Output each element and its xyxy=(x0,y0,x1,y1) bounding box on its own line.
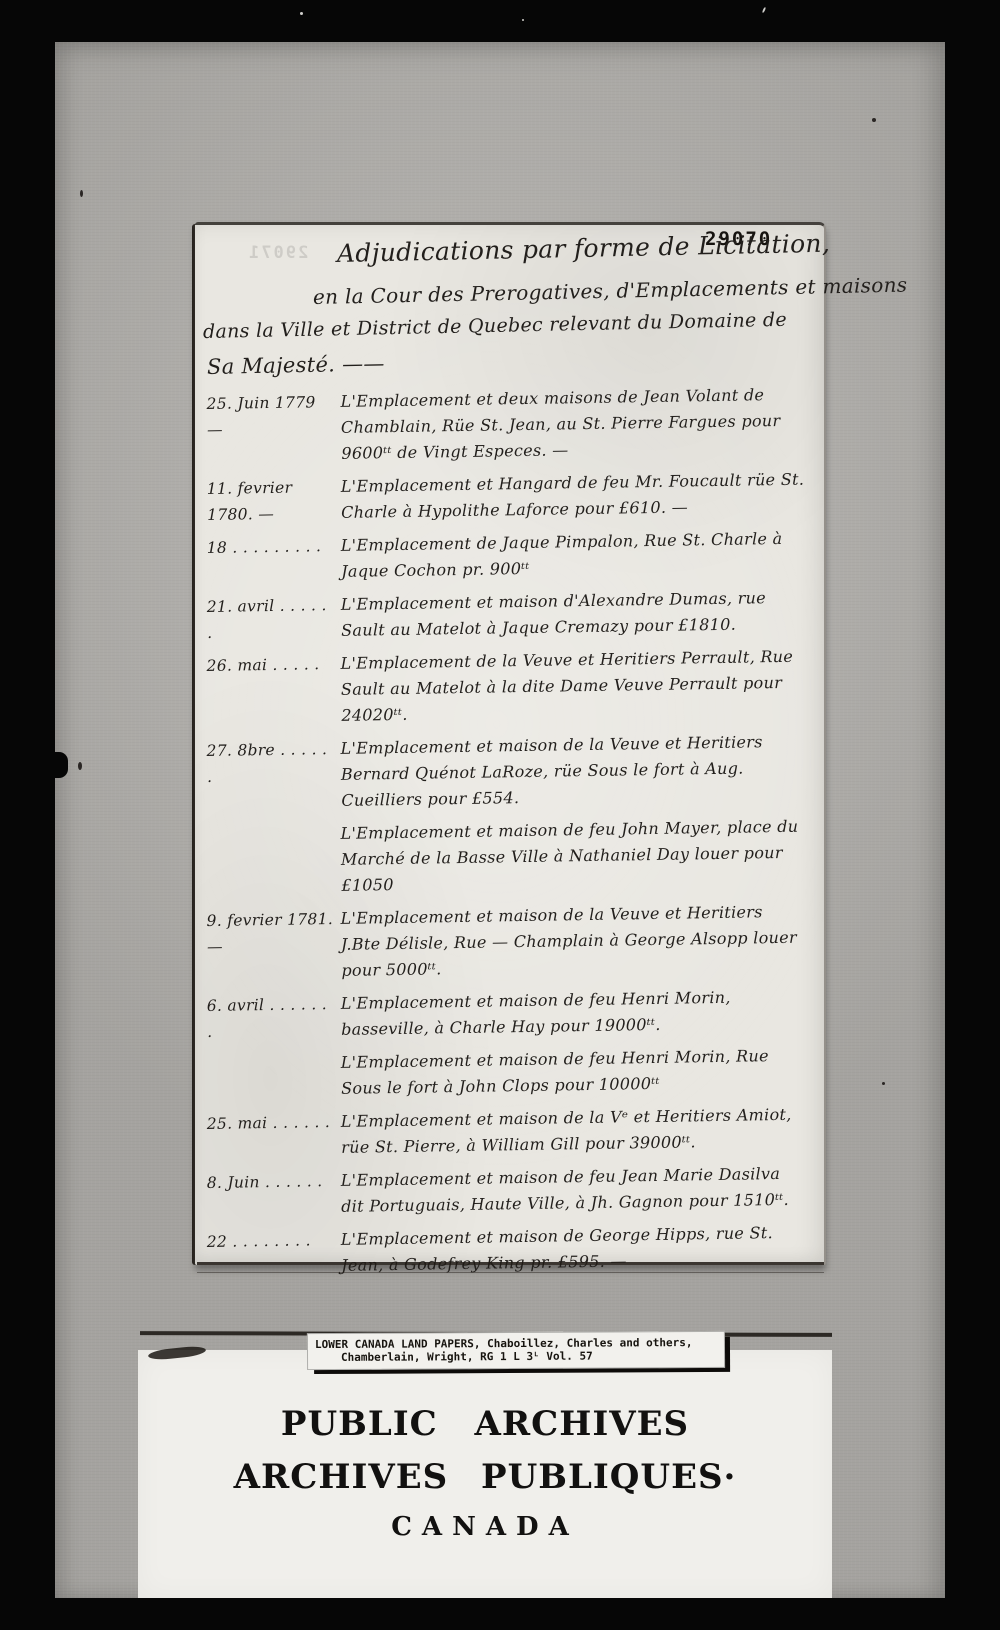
entry-date: 18 . . . . . . . . . xyxy=(207,533,336,587)
film-speck xyxy=(872,118,876,122)
film-speck xyxy=(522,19,524,21)
entry-text: L'Emplacement de Jaque Pimpalon, Rue St.… xyxy=(335,526,808,585)
entry-text: L'Emplacement et maison de feu Jean Mari… xyxy=(335,1161,808,1220)
manuscript-title-line-3: dans la Ville et District de Quebec rele… xyxy=(203,309,787,343)
entry-date: 26. mai . . . . . xyxy=(206,651,335,731)
entry-date: 9. fevrier 1781. — xyxy=(206,906,335,986)
film-speck xyxy=(78,762,82,770)
entry-text: L'Emplacement et maison de la Veuve et H… xyxy=(334,899,807,984)
entry-date: 11. fevrier 1780. — xyxy=(207,474,336,528)
entry-row: L'Emplacement et maison de feu John Maye… xyxy=(206,814,807,901)
entry-date xyxy=(207,1050,336,1104)
reference-label-line-2: Chamberlain, Wright, RG 1 L 3ᴸ Vol. 57 xyxy=(315,1349,717,1364)
film-speck xyxy=(882,1082,885,1085)
entry-text: L'Emplacement et maison de feu Henri Mor… xyxy=(335,1043,808,1102)
manuscript-title-line-2: en la Cour des Prerogatives, d'Emplaceme… xyxy=(313,273,908,309)
entry-text: L'Emplacement et maison de la Veuve et H… xyxy=(334,729,807,814)
entry-row: 18 . . . . . . . . .L'Emplacement de Jaq… xyxy=(207,526,808,587)
entry-row: 26. mai . . . . .L'Emplacement de la Veu… xyxy=(206,644,807,731)
film-edge-notch xyxy=(55,752,68,778)
manuscript-entries: 25. Juin 1779 —L'Emplacement et deux mai… xyxy=(207,391,807,1288)
entry-text: L'Emplacement et deux maisons de Jean Vo… xyxy=(334,382,807,467)
page-bottom-edge xyxy=(197,1262,824,1273)
reference-label: LOWER CANADA LAND PAPERS, Chaboillez, Ch… xyxy=(307,1331,725,1370)
archives-card-canada: CANADA xyxy=(138,1512,832,1542)
film-speck xyxy=(80,190,83,197)
entry-text: L'Emplacement et maison d'Alexandre Duma… xyxy=(335,585,808,644)
bleed-through-number: 29071 xyxy=(247,243,308,263)
entry-date: 6. avril . . . . . . . xyxy=(207,991,336,1045)
manuscript-page: 29070 29071 Adjudications par forme de L… xyxy=(195,222,826,1265)
archives-card-title-english: PUBLIC ARCHIVES xyxy=(138,1404,832,1444)
entry-row: 11. fevrier 1780. —L'Emplacement et Hang… xyxy=(207,467,808,528)
entry-row: 27. 8bre . . . . . .L'Emplacement et mai… xyxy=(206,729,807,816)
entry-date: 27. 8bre . . . . . . xyxy=(206,736,335,816)
entry-date: 21. avril . . . . . . xyxy=(207,592,336,646)
manuscript-title-line-4: Sa Majesté. —— xyxy=(207,351,385,379)
archives-card: PUBLIC ARCHIVES ARCHIVES PUBLIQUES· CANA… xyxy=(138,1350,832,1598)
entry-row: 8. Juin . . . . . .L'Emplacement et mais… xyxy=(207,1161,808,1222)
reference-label-line-1: LOWER CANADA LAND PAPERS, Chaboillez, Ch… xyxy=(315,1336,717,1351)
entry-date xyxy=(206,821,335,901)
archives-card-title-french: ARCHIVES PUBLIQUES· xyxy=(138,1457,832,1497)
entry-text: L'Emplacement et maison de feu John Maye… xyxy=(334,814,807,899)
entry-text: L'Emplacement et maison de feu Henri Mor… xyxy=(335,984,808,1043)
entry-row: 25. Juin 1779 —L'Emplacement et deux mai… xyxy=(206,382,807,469)
film-speck xyxy=(300,12,303,15)
entry-date: 25. mai . . . . . . xyxy=(207,1109,336,1163)
entry-date: 8. Juin . . . . . . xyxy=(207,1168,336,1222)
entry-text: L'Emplacement et Hangard de feu Mr. Fouc… xyxy=(335,467,808,526)
entry-text: L'Emplacement et maison de la Vᵉ et Heri… xyxy=(335,1102,808,1161)
entry-row: 9. fevrier 1781. —L'Emplacement et maiso… xyxy=(206,899,807,986)
entry-date: 25. Juin 1779 — xyxy=(206,389,335,469)
entry-text: L'Emplacement de la Veuve et Heritiers P… xyxy=(334,644,807,729)
entry-row: 25. mai . . . . . .L'Emplacement et mais… xyxy=(207,1102,808,1163)
entry-row: 21. avril . . . . . .L'Emplacement et ma… xyxy=(207,585,808,646)
entry-row: L'Emplacement et maison de feu Henri Mor… xyxy=(207,1043,808,1104)
manuscript-title-line-1: Adjudications par forme de Licitation, xyxy=(337,229,831,268)
entry-row: 6. avril . . . . . . .L'Emplacement et m… xyxy=(207,984,808,1045)
film-speck xyxy=(762,7,766,13)
microfilm-scan-frame: 29070 29071 Adjudications par forme de L… xyxy=(0,0,1000,1630)
